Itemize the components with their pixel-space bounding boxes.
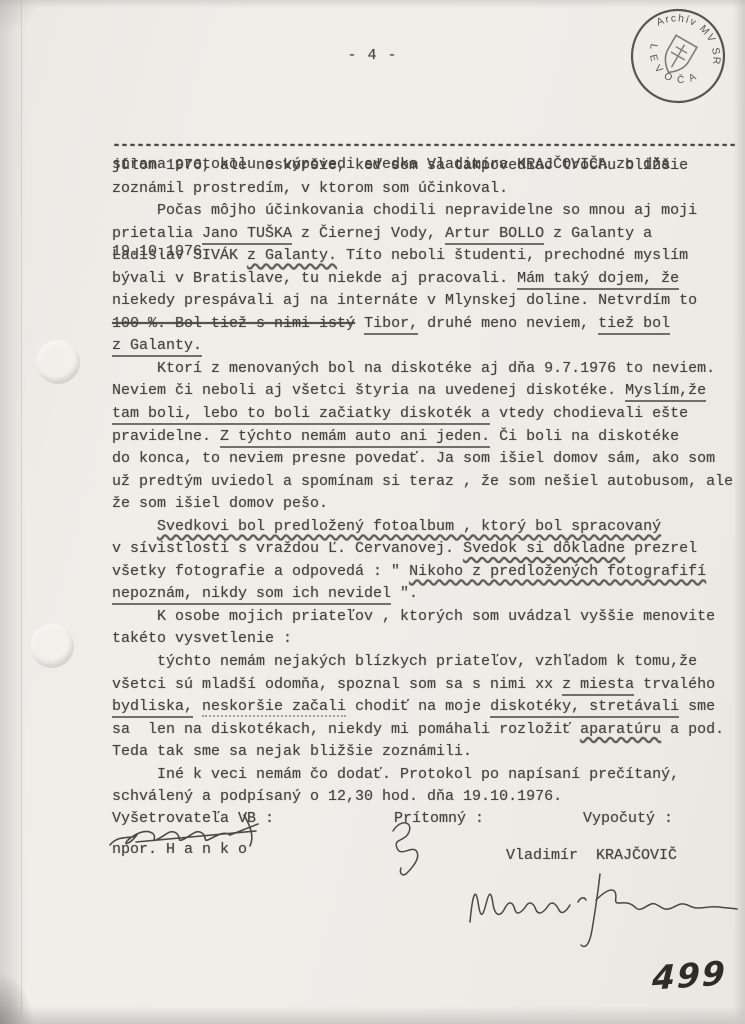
document-body: júlom 1976, ale neskoršie, keď som sa ta…	[112, 155, 733, 809]
typed-line: Ktorí z menovaných bol na diskotéke aj d…	[112, 358, 733, 381]
typed-line: Počas môjho účinkovania chodili nepravid…	[112, 200, 733, 223]
present-label: Prítomný :	[394, 810, 484, 827]
typed-line: Svedkovi bol predložený fotoalbum , ktor…	[112, 516, 733, 539]
typed-line: Neviem či neboli aj všetci štyria na uve…	[112, 380, 733, 403]
scan-crease-line	[21, 0, 22, 1024]
typed-line: bývali v Bratislave, tu niekde aj pracov…	[112, 268, 733, 291]
scanned-document-page: - 4 - Archív MV SR L E V O Č A strana pr…	[0, 0, 745, 1024]
hand-wavy-underline: Svedok si dôkladne	[463, 540, 625, 557]
hand-strikethrough: 100 %. Bol tiež s nimi istý	[112, 315, 355, 332]
hand-underline: z Galanty.	[112, 337, 202, 357]
typed-line: júlom 1976, ale neskoršie, keď som sa ta…	[112, 155, 733, 178]
scan-edge-left	[0, 0, 26, 1024]
punch-hole-emboss	[36, 340, 80, 384]
investigator-label: Vyšetrovateľa VB :	[112, 810, 274, 827]
typed-line: Teda tak sme sa nejak bližšie zoznámili.	[112, 741, 733, 764]
typed-line: všetky fotografie a odpovedá : " Nikoho …	[112, 561, 733, 584]
interviewed-name: Vladimír KRAJČOVIČ	[506, 847, 677, 864]
hand-underline: diskotéky, stretávali	[490, 698, 679, 718]
hand-underline: Z týchto nemám auto ani jeden.	[220, 428, 490, 448]
investigator-name: npor. H a n k o	[112, 841, 247, 858]
punch-hole-emboss	[30, 624, 74, 668]
typed-line: týchto nemám nejakých blízkych priateľov…	[112, 651, 733, 674]
typed-line: tam boli, lebo to boli začiatky diskoték…	[112, 403, 733, 426]
typed-dashed-separator: ----------------------------------------…	[112, 136, 736, 156]
hand-underline: Tibor,	[364, 315, 418, 335]
hand-wavy-underline: Svedkovi bol predložený fotoalbum , ktor…	[157, 518, 661, 535]
typed-line: už predtým uviedol a spomínam si teraz ,…	[112, 471, 733, 494]
hand-underline: Artur BOLLO	[445, 225, 544, 245]
typed-line: všetci sú mladší odomňa, spoznal som sa …	[112, 674, 733, 697]
interviewed-signature-handwriting	[462, 858, 745, 954]
scan-corner-shadow	[0, 972, 34, 1024]
typed-line: 100 %. Bol tiež s nimi istý Tibor, druhé…	[112, 313, 733, 336]
typed-line: do konca, to neviem presne povedať. Ja s…	[112, 448, 733, 471]
scan-corner-shadow-top	[0, 0, 40, 34]
typed-line: K osobe mojich priateľov , ktorých som u…	[112, 606, 733, 629]
hand-wavy-underline: Nikoho z predložených fotografifí	[409, 563, 706, 580]
typed-line: že som išiel domov pešo.	[112, 493, 733, 516]
hand-dotted-underline: neskoršie začali	[202, 698, 346, 717]
typed-line: takéto vysvetlenie :	[112, 628, 733, 651]
handwritten-number: 499	[651, 953, 727, 997]
hand-underline: Mám taký dojem, že	[517, 270, 679, 290]
hand-underline: Myslím,že	[625, 382, 706, 402]
hand-underline: z miesta	[562, 676, 634, 696]
typed-line: z Galanty.	[112, 335, 733, 358]
typed-line: zoznámil prostredím, v ktorom som účinko…	[112, 178, 733, 201]
hand-underline: bydliska,	[112, 698, 193, 718]
hand-underline: nepoznám, nikdy som ich nevidel	[112, 585, 391, 605]
hand-underline: tiež bol	[598, 315, 670, 335]
hand-wavy-underline: aparatúru	[580, 721, 661, 738]
typed-line: niekedy prespávali aj na internáte v Mly…	[112, 290, 733, 313]
typed-line: schválený a podpísaný o 12,30 hod. dňa 1…	[112, 786, 733, 809]
typed-line: pravidelne. Z týchto nemám auto ani jede…	[112, 426, 733, 449]
typed-line: bydliska, neskoršie začali chodiť na moj…	[112, 696, 733, 719]
typed-line: prietalia Jano TUŠKA z Čiernej Vody, Art…	[112, 223, 733, 246]
typed-line: sa len na diskotékach, niekdy mi pomáhal…	[112, 719, 733, 742]
scan-edge-bottom	[0, 1006, 745, 1024]
hand-underline: tam boli, lebo to boli začiatky diskoték…	[112, 405, 490, 425]
typed-line: Iné k veci nemám čo dodať. Protokol po n…	[112, 764, 733, 787]
hand-wavy-underline: z Galanty.	[247, 247, 337, 264]
typed-line: v sívistlosti s vraždou Ľ. Cervanovej. S…	[112, 538, 733, 561]
typed-line: Ladislav SIVÁK z Galanty. Títo neboli št…	[112, 245, 733, 268]
hand-underline: Jano TUŠKA	[202, 225, 292, 245]
interviewed-label: Vypočutý :	[583, 810, 673, 827]
typed-line: nepoznám, nikdy som ich nevidel ".	[112, 583, 733, 606]
